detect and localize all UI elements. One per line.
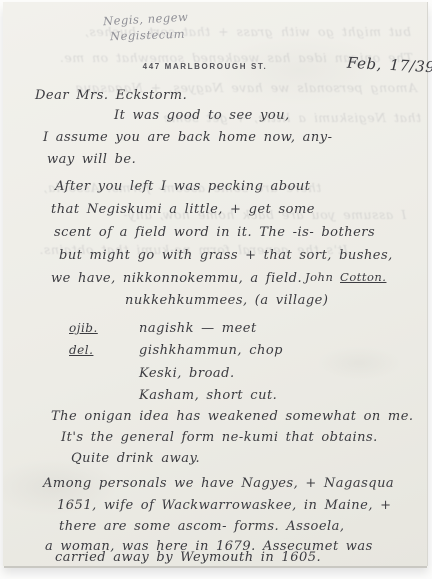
wordlist-entry-4: Kasham, short cut. — [139, 388, 277, 403]
wordlist-entry-1: nagishk — meet — [139, 321, 257, 336]
wordlist-entry-2: gishkhammun, chop — [139, 343, 283, 358]
para2-line3: scent of a field word in it. The -is- bo… — [54, 225, 375, 240]
para4-line2: 1651, wife of Wackwarrowaskee, in Maine,… — [57, 498, 392, 513]
para4-line5: carried away by Weymouth in 1605. — [55, 550, 321, 565]
para1-line2: I assume you are back home now, any- — [43, 130, 332, 145]
letter-date: Feb, 17/39 — [347, 54, 432, 77]
para2-line5: we have, nikkonnokemmu, a field. — [51, 271, 302, 286]
para2-line2: that Negiskumi a little, + get some — [51, 202, 315, 217]
wordlist-entry-3: Keski, broad. — [139, 366, 235, 381]
bleedthrough-line: but might go with grass + that sort, bus… — [21, 24, 411, 39]
para3-line1: The onigan idea has weakened somewhat on… — [51, 409, 414, 424]
para3-line2: It's the general form ne-kumi that obtai… — [61, 430, 378, 445]
para1-line3: way will be. — [47, 152, 136, 167]
para3-line3: Quite drink away. — [71, 451, 200, 466]
salutation: Dear Mrs. Eckstorm. — [35, 88, 187, 103]
margin-note-last: Cotton. — [340, 270, 386, 284]
para2-line4: but might go with grass + that sort, bus… — [59, 248, 393, 263]
margin-note-first: John — [305, 270, 333, 284]
para1-line1: It was good to see you, — [114, 108, 290, 123]
margin-note: John Cotton. — [305, 270, 386, 284]
para4-line1: Among personals we have Nagyes, + Nagasq… — [43, 476, 394, 491]
letter-scan: but might go with grass + that sort, bus… — [0, 0, 432, 579]
pencil-annotation-2: Negistecum — [110, 27, 185, 44]
letter-paper: but might go with grass + that sort, bus… — [3, 2, 428, 566]
wordlist-lang-1: ojib. — [69, 321, 98, 335]
para4-line3: there are some ascom- forms. Assoela, — [59, 519, 345, 534]
para2-line6: nukkehkummees, (a village) — [125, 293, 328, 308]
wordlist-lang-2: del. — [69, 343, 93, 357]
para2-line1: After you left I was pecking about — [55, 179, 311, 194]
